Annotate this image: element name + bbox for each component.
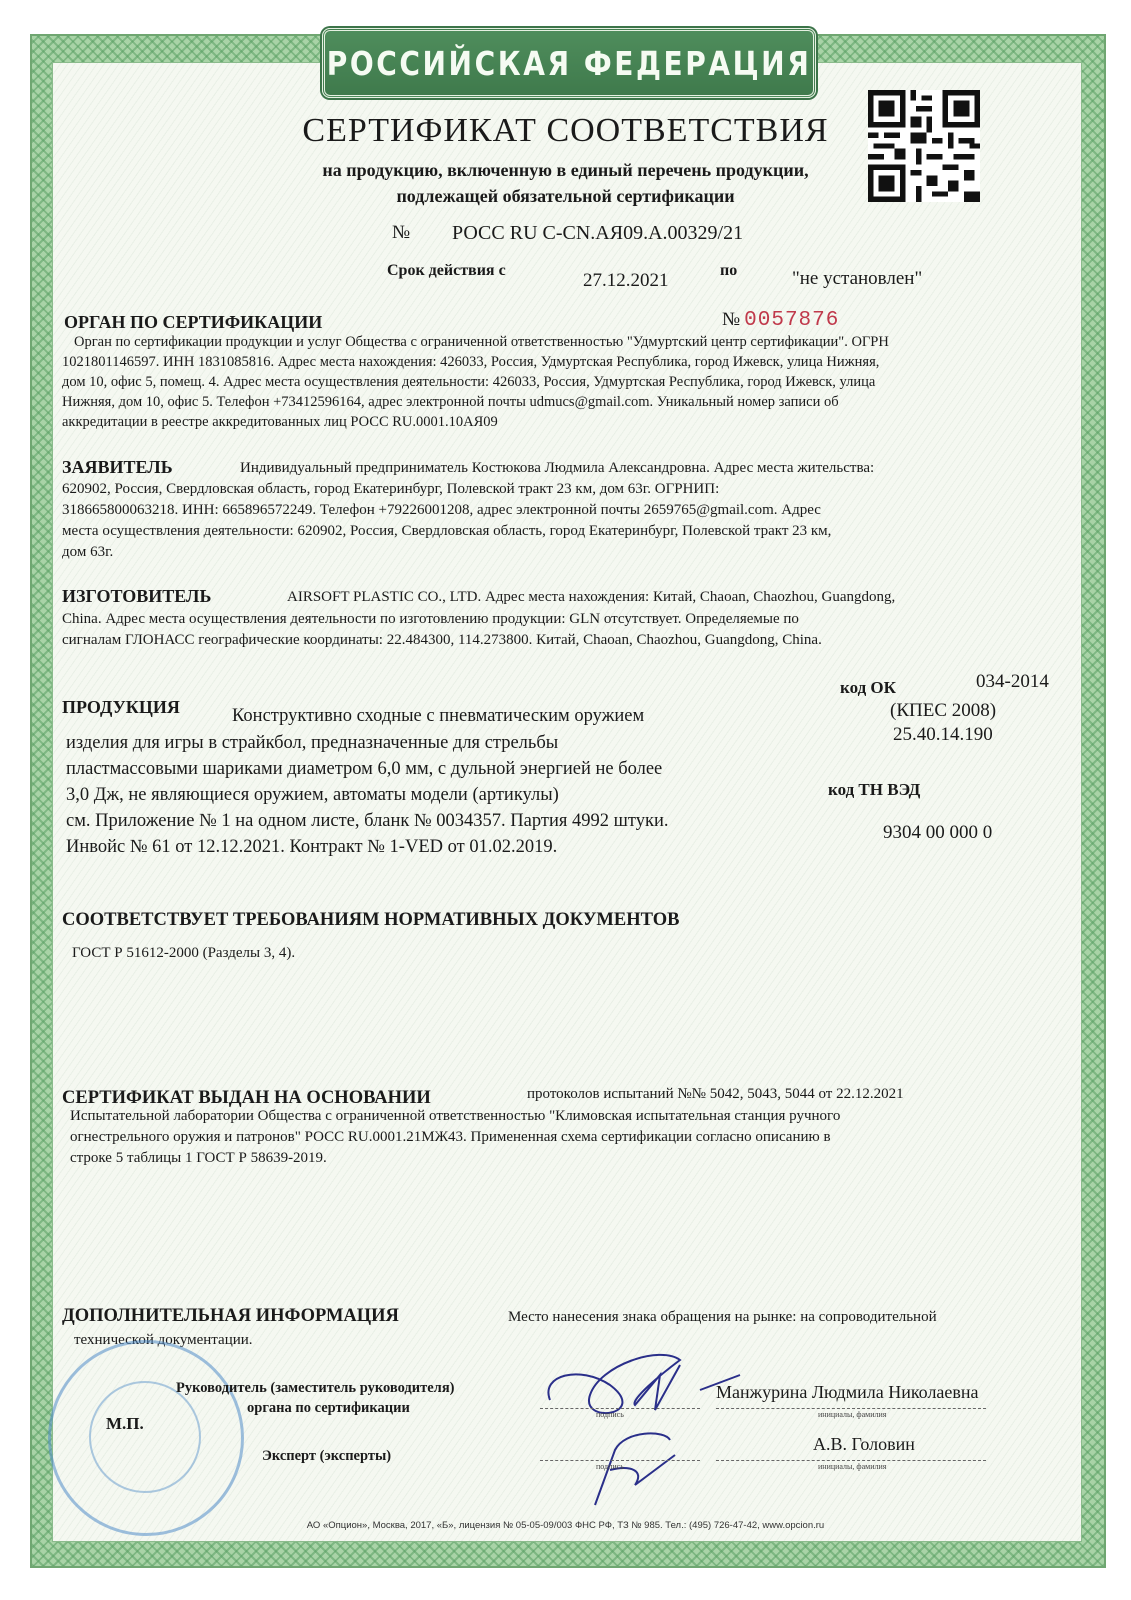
text-line: Нижняя, дом 10, офис 5. Телефон +7341259… xyxy=(62,392,1062,412)
head-label-line-2: органа по сертификации xyxy=(247,1400,410,1417)
basis-first-line: протоколов испытаний №№ 5042, 5043, 5044… xyxy=(527,1084,904,1104)
seal-stamp xyxy=(48,1340,244,1536)
expert-label: Эксперт (эксперты) xyxy=(262,1448,391,1465)
country-title: РОССИЙСКАЯ ФЕДЕРАЦИЯ xyxy=(327,44,812,83)
product-first-line: Конструктивно сходные с пневматическим о… xyxy=(232,703,644,729)
text-line: строке 5 таблицы 1 ГОСТ Р 58639-2019. xyxy=(70,1148,1070,1169)
text-line: дом 10, офис 5, помещ. 4. Адрес места ос… xyxy=(62,372,1062,392)
manufacturer-text: China. Адрес места осуществления деятель… xyxy=(62,609,1062,651)
validity-label: Срок действия с xyxy=(387,262,506,280)
country-banner: РОССИЙСКАЯ ФЕДЕРАЦИЯ xyxy=(322,28,816,98)
expert-signature-icon xyxy=(575,1430,695,1510)
product-heading: ПРОДУКЦИЯ xyxy=(62,697,180,718)
head-label-line-1: Руководитель (заместитель руководителя) xyxy=(176,1380,455,1397)
expert-signature-line xyxy=(540,1460,700,1461)
head-name-caption: инициалы, фамилия xyxy=(818,1410,886,1419)
to-label: по xyxy=(720,262,737,280)
qr-code-icon xyxy=(868,90,980,202)
text-line: места осуществления деятельности: 620902… xyxy=(62,521,1062,542)
text-line: сигналам ГЛОНАСС географические координа… xyxy=(62,630,1062,651)
number-label: № xyxy=(392,222,410,244)
head-signature-caption: подпись xyxy=(596,1410,624,1419)
ok-code-classifier: (КПЕС 2008) xyxy=(890,700,996,722)
certification-body-heading: ОРГАН ПО СЕРТИФИКАЦИИ xyxy=(64,312,322,333)
expert-signature-caption: подпись xyxy=(596,1462,624,1471)
additional-info-heading: ДОПОЛНИТЕЛЬНАЯ ИНФОРМАЦИЯ xyxy=(62,1306,399,1327)
certificate-number: РОСС RU C-CN.АЯ09.А.00329/21 xyxy=(452,222,743,245)
manufacturer-heading: ИЗГОТОВИТЕЛЬ xyxy=(62,586,211,607)
text-line: China. Адрес места осуществления деятель… xyxy=(62,609,1062,630)
text-line: аккредитации в реестре аккредитованных л… xyxy=(62,412,1062,432)
blank-number-value: 0057876 xyxy=(744,309,839,332)
compliance-standard: ГОСТ Р 51612-2000 (Разделы 3, 4). xyxy=(72,943,295,963)
head-signature-line xyxy=(540,1408,700,1409)
applicant-first-line: Индивидуальный предприниматель Костюкова… xyxy=(240,458,874,478)
text-line: Испытательной лаборатории Общества с огр… xyxy=(70,1106,1070,1127)
applicant-text: 620902, Россия, Свердловская область, го… xyxy=(62,479,1062,563)
certification-body-text: Орган по сертификации продукции и услуг … xyxy=(62,332,1062,432)
head-name-line xyxy=(716,1408,986,1409)
ok-code-standard: 034-2014 xyxy=(976,671,1049,693)
text-line: дом 63г. xyxy=(62,542,1062,563)
text-line: пластмассовыми шариками диаметром 6,0 мм… xyxy=(66,756,1066,782)
compliance-heading: СООТВЕТСТВУЕТ ТРЕБОВАНИЯМ НОРМАТИВНЫХ ДО… xyxy=(62,910,679,931)
expert-name-caption: инициалы, фамилия xyxy=(818,1462,886,1471)
printer-footer: АО «Опцион», Москва, 2017, «Б», лицензия… xyxy=(0,1520,1131,1531)
additional-info-first-line: Место нанесения знака обращения на рынке… xyxy=(508,1307,937,1327)
ok-code-label: код ОК xyxy=(840,678,896,698)
blank-number-label: № xyxy=(722,309,740,330)
text-line: огнестрельного оружия и патронов" РОСС R… xyxy=(70,1127,1070,1148)
tnved-label: код ТН ВЭД xyxy=(828,780,920,800)
tnved-code: 9304 00 000 0 xyxy=(883,822,992,844)
expert-name-line xyxy=(716,1460,986,1461)
ok-code-value: 25.40.14.190 xyxy=(893,724,993,746)
text-line: 318665800063218. ИНН: 665896572249. Теле… xyxy=(62,500,1062,521)
text-line: 1021801146597. ИНН 1831085816. Адрес мес… xyxy=(62,352,1062,372)
text-line: Орган по сертификации продукции и услуг … xyxy=(62,332,1062,352)
basis-text: Испытательной лаборатории Общества с огр… xyxy=(70,1106,1070,1169)
manufacturer-first-line: AIRSOFT PLASTIC CO., LTD. Адрес места на… xyxy=(287,587,895,607)
head-name: Манжурина Людмила Николаевна xyxy=(716,1382,979,1403)
valid-to: "не установлен" xyxy=(792,268,922,290)
applicant-heading: ЗАЯВИТЕЛЬ xyxy=(62,457,173,478)
seal-label: М.П. xyxy=(106,1414,144,1434)
valid-from: 27.12.2021 xyxy=(583,270,669,292)
text-line: 620902, Россия, Свердловская область, го… xyxy=(62,479,1062,500)
blank-number: № 0057876 xyxy=(722,309,839,332)
expert-name: А.В. Головин xyxy=(813,1434,915,1455)
